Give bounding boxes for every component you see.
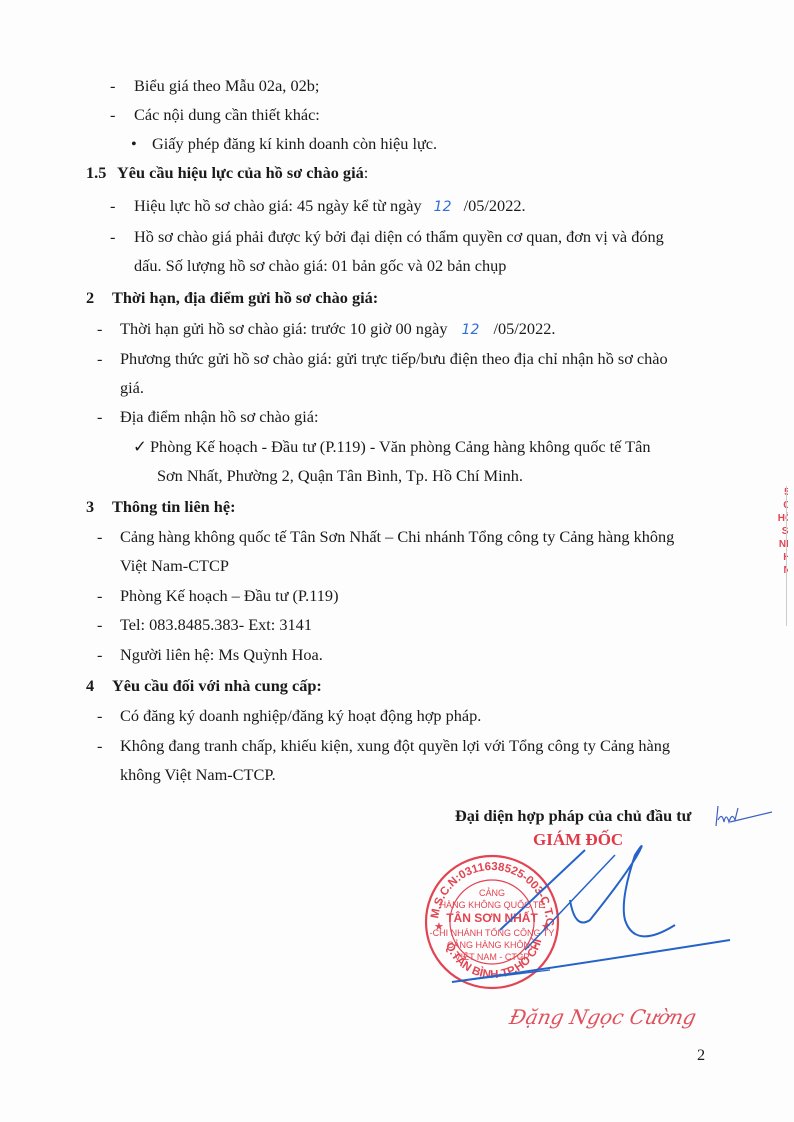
side-stamp-text: 53852CẢNGHÔNG QSƠN NNH TỔNHÀNGNAM --TR xyxy=(758,486,788,590)
page-edge-divider xyxy=(786,486,787,626)
signatory-name: Đặng Ngọc Cường xyxy=(507,1005,698,1029)
dash-marker: - xyxy=(110,105,120,125)
text-line: Phương thức gửi hồ sơ chào giá: gửi trực… xyxy=(120,349,668,369)
text-fragment: Thời hạn gửi hồ sơ chào giá: trước 10 gi… xyxy=(120,319,447,338)
text-line: Phòng Kế hoạch – Đầu tư (P.119) xyxy=(120,586,339,606)
dash-marker: - xyxy=(97,586,107,606)
initials-icon xyxy=(712,800,782,830)
text-line: dấu. Số lượng hồ sơ chào giá: 01 bản gốc… xyxy=(134,256,506,276)
side-stamp-line: SƠN N xyxy=(758,525,788,538)
section-colon: : xyxy=(364,163,369,182)
section-number: 2 xyxy=(86,288,94,308)
text-fragment: Hiệu lực hồ sơ chào giá: 45 ngày kể từ n… xyxy=(134,196,422,215)
section-heading: Yêu cầu hiệu lực của hồ sơ chào giá: xyxy=(117,163,368,183)
text-fragment: /05/2022. xyxy=(493,319,555,338)
dash-marker: - xyxy=(110,227,120,247)
text-line: Người liên hệ: Ms Quỳnh Hoa. xyxy=(120,645,323,665)
handwritten-day: 12 xyxy=(426,199,460,215)
bullet-marker: • xyxy=(131,134,137,154)
side-stamp-line: NAM - xyxy=(758,564,788,577)
section-number: 3 xyxy=(86,497,94,517)
check-marker: ✓ xyxy=(133,437,147,457)
dash-marker: - xyxy=(110,196,120,216)
side-stamp-fragment: 53852CẢNGHÔNG QSƠN NNH TỔNHÀNGNAM --TR xyxy=(758,486,788,626)
section-number: 4 xyxy=(86,676,94,696)
section-title: Yêu cầu đối với nhà cung cấp: xyxy=(112,676,322,696)
text-line: Thời hạn gửi hồ sơ chào giá: trước 10 gi… xyxy=(120,319,555,340)
text-line: Sơn Nhất, Phường 2, Quận Tân Bình, Tp. H… xyxy=(157,466,523,486)
section-title: Thông tin liên hệ: xyxy=(112,497,236,517)
section-title: Yêu cầu hiệu lực của hồ sơ chào giá xyxy=(117,163,364,182)
dash-marker: - xyxy=(97,349,107,369)
text-line: không Việt Nam-CTCP. xyxy=(120,765,276,785)
dash-marker: - xyxy=(110,76,120,96)
dash-marker: - xyxy=(97,615,107,635)
side-stamp-line: 53852 xyxy=(758,486,788,499)
dash-marker: - xyxy=(97,407,107,427)
side-stamp-line: HÔNG Q xyxy=(758,512,788,525)
text-line: Biểu giá theo Mẫu 02a, 02b; xyxy=(134,76,319,96)
text-line: Giấy phép đăng kí kinh doanh còn hiệu lự… xyxy=(152,134,437,154)
text-line: Địa điểm nhận hồ sơ chào giá: xyxy=(120,407,319,427)
signature-strokes-icon xyxy=(440,840,740,1000)
text-line: giá. xyxy=(120,378,144,398)
text-line: Việt Nam-CTCP xyxy=(120,556,229,576)
dash-marker: - xyxy=(97,706,107,726)
dash-marker: - xyxy=(97,527,107,547)
text-line: Tel: 083.8485.383- Ext: 3141 xyxy=(120,615,312,635)
text-line: Phòng Kế hoạch - Đầu tư (P.119) - Văn ph… xyxy=(150,437,651,457)
text-line: Cảng hàng không quốc tế Tân Sơn Nhất – C… xyxy=(120,527,674,547)
dash-marker: - xyxy=(97,736,107,756)
signature-label: Đại diện hợp pháp của chủ đầu tư xyxy=(455,806,691,826)
dash-marker: - xyxy=(97,645,107,665)
text-line: Hiệu lực hồ sơ chào giá: 45 ngày kể từ n… xyxy=(134,196,526,217)
text-line: Không đang tranh chấp, khiếu kiện, xung … xyxy=(120,736,670,756)
page-number: 2 xyxy=(697,1045,705,1065)
handwritten-day: 12 xyxy=(452,322,490,338)
dash-marker: - xyxy=(97,319,107,339)
section-number: 1.5 xyxy=(86,163,106,183)
side-stamp-line: CẢNG xyxy=(758,499,788,512)
side-stamp-line: NH TỔN xyxy=(758,538,788,551)
text-line: Hồ sơ chào giá phải được ký bởi đại diện… xyxy=(134,227,664,247)
text-line: Có đăng ký doanh nghiệp/đăng ký hoạt độn… xyxy=(120,706,481,726)
section-title: Thời hạn, địa điểm gửi hồ sơ chào giá: xyxy=(112,288,378,308)
text-line: Các nội dung cần thiết khác: xyxy=(134,105,320,125)
text-fragment: /05/2022. xyxy=(464,196,526,215)
side-stamp-line: -TR xyxy=(758,577,788,590)
side-stamp-line: HÀNG xyxy=(758,551,788,564)
